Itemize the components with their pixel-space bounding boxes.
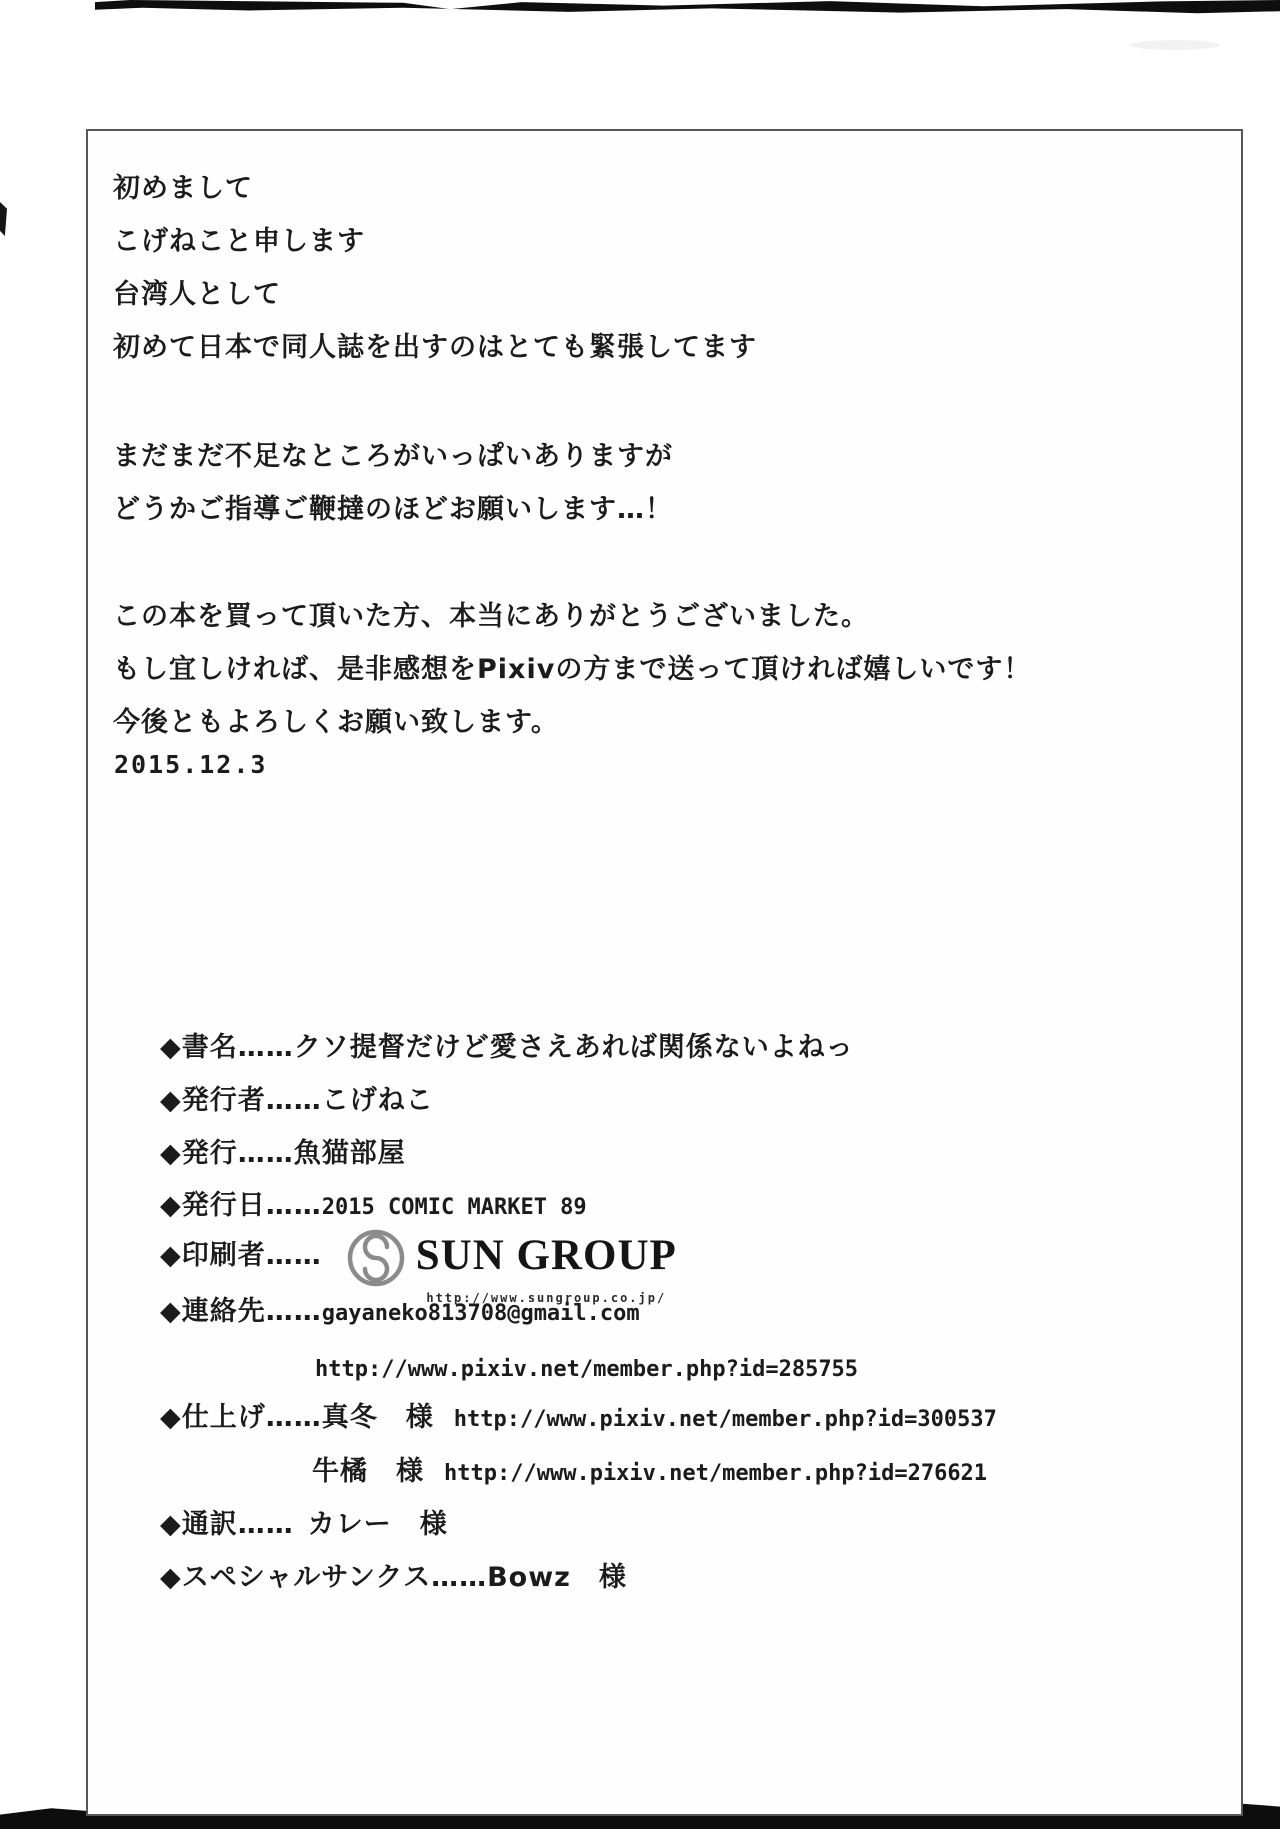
greeting-line: どうかご指導ご鞭撻のほどお願いします…！ xyxy=(113,483,673,536)
colophon-row-finishing-2: 牛橘 様http://www.pixiv.net/member.php?id=2… xyxy=(312,1452,987,1494)
colophon-value-pubdate: 2015 COMIC MARKET 89 xyxy=(322,1195,587,1220)
colophon-label-contact: ◆連絡先…… xyxy=(160,1296,322,1327)
greeting-paragraph-1: 初めまして こげねこと申します 台湾人として 初めて日本で同人誌を出すのはとても… xyxy=(113,162,757,374)
greeting-line: この本を買って頂いた方、本当にありがとうございました。 xyxy=(113,590,1031,643)
colophon-row-title: ◆書名……クソ提督だけど愛さえあれば関係ないよねっ xyxy=(160,1028,854,1068)
pixiv-url: http://www.pixiv.net/member.php?id=28575… xyxy=(315,1357,858,1382)
date-text: 2015.12.3 xyxy=(114,750,267,779)
pixiv-url: http://www.pixiv.net/member.php?id=27662… xyxy=(444,1461,987,1486)
sun-group-mark-icon xyxy=(346,1228,406,1288)
greeting-paragraph-2: まだまだ不足なところがいっぱいありますが どうかご指導ご鞭撻のほどお願いします…… xyxy=(113,430,673,536)
colophon-value-special-thanks: Bowz 様 xyxy=(487,1562,627,1593)
scan-edge-top xyxy=(95,0,1280,14)
colophon-row-pubdate: ◆発行日……2015 COMIC MARKET 89 xyxy=(160,1186,587,1228)
colophon-label-translator: ◆通訳…… xyxy=(160,1509,294,1540)
colophon-value-circle: 魚猫部屋 xyxy=(294,1138,406,1169)
colophon-value-author: こげねこ xyxy=(322,1085,434,1116)
colophon-value-title: クソ提督だけど愛さえあれば関係ないよねっ xyxy=(294,1032,854,1063)
scanned-page: 初めまして こげねこと申します 台湾人として 初めて日本で同人誌を出すのはとても… xyxy=(0,0,1280,1829)
colophon-row-contact: ◆連絡先……gayaneko813708@gmail.com xyxy=(160,1292,640,1334)
colophon-row-contact-url: http://www.pixiv.net/member.php?id=28575… xyxy=(315,1348,858,1390)
colophon-value-translator: カレー 様 xyxy=(308,1509,448,1540)
sun-group-wordmark: SUN GROUP xyxy=(416,1236,677,1276)
greeting-paragraph-3: この本を買って頂いた方、本当にありがとうございました。 もし宜しければ、是非感想… xyxy=(113,590,1031,749)
colophon-label-printer: ◆印刷者…… xyxy=(160,1240,322,1271)
colophon-label-circle: ◆発行…… xyxy=(160,1138,294,1169)
greeting-line: まだまだ不足なところがいっぱいありますが xyxy=(113,430,673,483)
colophon-value-contact-email: gayaneko813708@gmail.com xyxy=(322,1301,640,1326)
pixiv-url: http://www.pixiv.net/member.php?id=30053… xyxy=(454,1407,997,1432)
colophon-value-finishing-name: 牛橘 様 xyxy=(312,1456,424,1487)
colophon-label-title: ◆書名…… xyxy=(160,1032,294,1063)
greeting-line: 今後ともよろしくお願い致します。 xyxy=(113,696,1031,749)
colophon-row-special-thanks: ◆スペシャルサンクス……Bowz 様 xyxy=(160,1558,627,1598)
greeting-line: 初めて日本で同人誌を出すのはとても緊張してます xyxy=(113,321,757,374)
greeting-line: 台湾人として xyxy=(113,268,757,321)
colophon-row-finishing-1: ◆仕上げ……真冬 様http://www.pixiv.net/member.ph… xyxy=(160,1398,997,1440)
greeting-line: 初めまして xyxy=(113,162,757,215)
colophon-label-author: ◆発行者…… xyxy=(160,1085,322,1116)
scan-edge-left-mark xyxy=(0,202,7,236)
colophon-label-pubdate: ◆発行日…… xyxy=(160,1190,322,1221)
greeting-line: こげねこと申します xyxy=(113,215,757,268)
greeting-line: もし宜しければ、是非感想をPixivの方まで送って頂ければ嬉しいです！ xyxy=(113,643,1031,696)
colophon-row-circle: ◆発行……魚猫部屋 xyxy=(160,1134,406,1174)
colophon-label-finishing: ◆仕上げ…… xyxy=(160,1402,322,1433)
scan-smudge xyxy=(1130,40,1220,50)
colophon-label-special-thanks: ◆スペシャルサンクス…… xyxy=(160,1562,487,1593)
colophon-row-author: ◆発行者……こげねこ xyxy=(160,1081,434,1121)
colophon-row-translator: ◆通訳……カレー 様 xyxy=(160,1505,448,1545)
colophon-value-finishing-name: 真冬 様 xyxy=(322,1402,434,1433)
